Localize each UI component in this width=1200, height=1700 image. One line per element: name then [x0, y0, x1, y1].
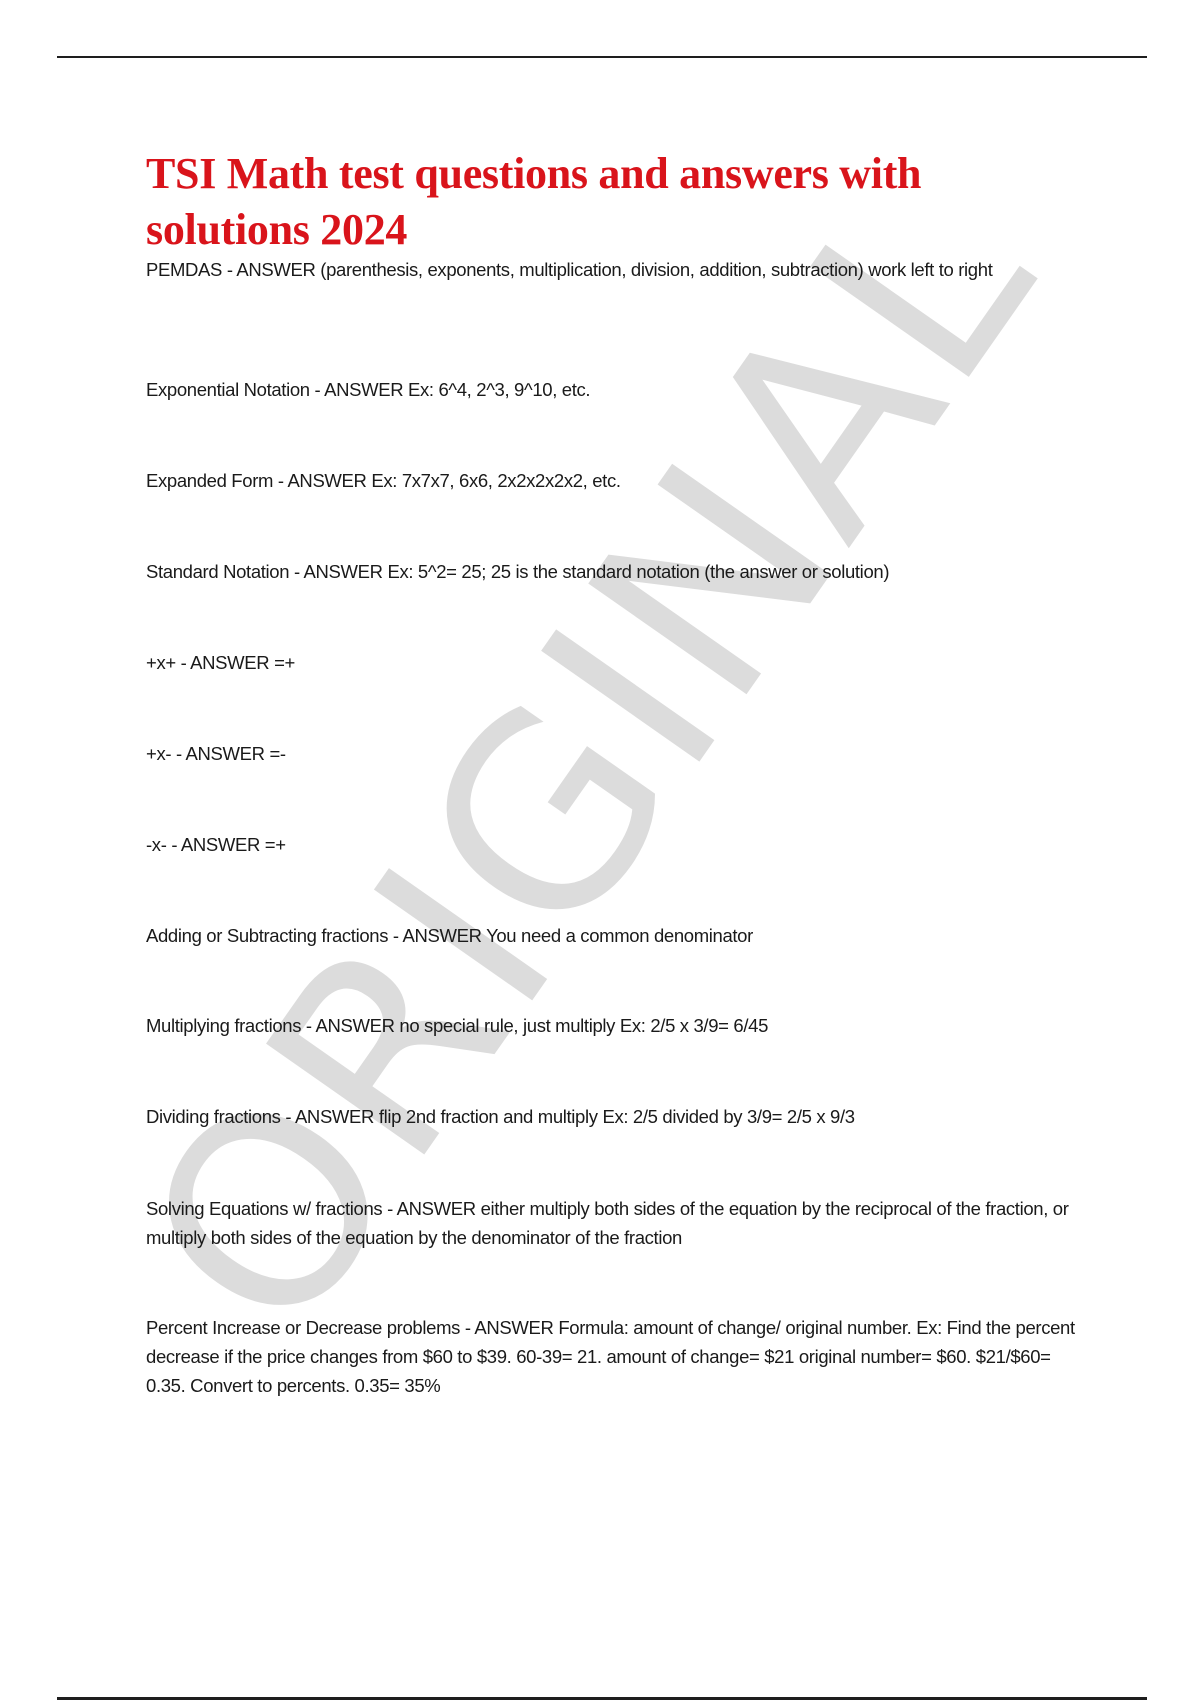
entry-term: Standard Notation [146, 561, 289, 582]
entry-separator: - ANSWER [382, 1198, 480, 1219]
entry-term: -x- [146, 834, 167, 855]
entry-answer: Ex: 7x7x7, 6x6, 2x2x2x2x2, etc. [371, 470, 620, 491]
entry-answer: =+ [265, 834, 286, 855]
entry-separator: - ANSWER [310, 379, 408, 400]
entry-answer: =+ [274, 652, 295, 673]
entry-separator: - ANSWER [281, 1106, 379, 1127]
entry-term: Dividing fractions [146, 1106, 281, 1127]
entry-exponential-notation: Exponential Notation - ANSWER Ex: 6^4, 2… [146, 375, 1086, 404]
entry-answer: You need a common denominator [486, 925, 753, 946]
entry-term: PEMDAS [146, 259, 222, 280]
entry-separator: - ANSWER [167, 834, 265, 855]
entry-adding-subtracting-fractions: Adding or Subtracting fractions - ANSWER… [146, 921, 1086, 950]
entry-answer: flip 2nd fraction and multiply Ex: 2/5 d… [379, 1106, 855, 1127]
entry-term: Multiplying fractions [146, 1015, 301, 1036]
entry-separator: - ANSWER [171, 743, 269, 764]
entry-separator: - ANSWER [289, 561, 387, 582]
entry-pemdas: PEMDAS - ANSWER (parenthesis, exponents,… [146, 255, 1086, 284]
entry-answer: (parenthesis, exponents, multiplication,… [320, 259, 992, 280]
entry-separator: - ANSWER [301, 1015, 399, 1036]
entry-term: Exponential Notation [146, 379, 310, 400]
entry-standard-notation: Standard Notation - ANSWER Ex: 5^2= 25; … [146, 557, 1086, 586]
entry-term: Percent Increase or Decrease problems [146, 1317, 460, 1338]
entry-percent-increase-decrease: Percent Increase or Decrease problems - … [146, 1313, 1086, 1400]
entry-term: +x+ [146, 652, 176, 673]
entry-separator: - ANSWER [273, 470, 371, 491]
header-rule [57, 56, 1147, 58]
entry-term: Expanded Form [146, 470, 273, 491]
entry-multiplying-fractions: Multiplying fractions - ANSWER no specia… [146, 1011, 1086, 1040]
entry-separator: - ANSWER [460, 1317, 558, 1338]
entry-term: Adding or Subtracting fractions [146, 925, 388, 946]
entry-solving-equations-fractions: Solving Equations w/ fractions - ANSWER … [146, 1194, 1086, 1252]
entry-term: +x- [146, 743, 171, 764]
entry-answer: Ex: 6^4, 2^3, 9^10, etc. [408, 379, 590, 400]
entry-plus-times-minus: +x- - ANSWER =- [146, 739, 1086, 768]
entry-separator: - ANSWER [388, 925, 486, 946]
document-title: TSI Math test questions and answers with… [146, 146, 1066, 258]
entry-answer: Ex: 5^2= 25; 25 is the standard notation… [387, 561, 889, 582]
entry-separator: - ANSWER [176, 652, 274, 673]
entry-separator: - ANSWER [222, 259, 320, 280]
entry-expanded-form: Expanded Form - ANSWER Ex: 7x7x7, 6x6, 2… [146, 466, 1086, 495]
entry-answer: =- [269, 743, 285, 764]
entry-minus-times-minus: -x- - ANSWER =+ [146, 830, 1086, 859]
entry-plus-times-plus: +x+ - ANSWER =+ [146, 648, 1086, 677]
entry-dividing-fractions: Dividing fractions - ANSWER flip 2nd fra… [146, 1102, 1086, 1131]
entry-term: Solving Equations w/ fractions [146, 1198, 382, 1219]
entry-answer: no special rule, just multiply Ex: 2/5 x… [399, 1015, 768, 1036]
